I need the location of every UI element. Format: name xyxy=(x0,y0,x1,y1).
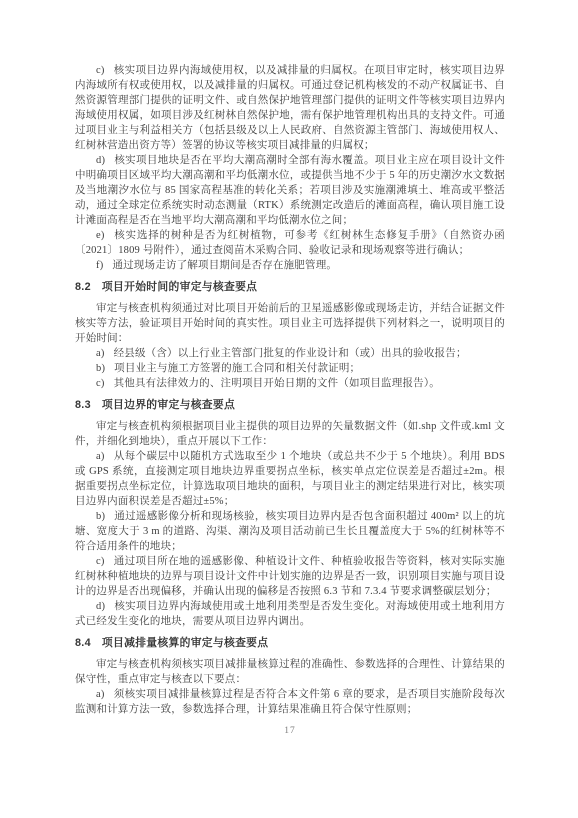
paragraph-text: 审定与核查机构须通过对比项目开始前后的卫星遥感影像或现场走访，并结合证据文件核实… xyxy=(75,303,505,344)
list-item-text: 核实项目边界内海域使用权，以及减排量的归属权。在项目审定时，核实项目边界内海域所… xyxy=(75,65,505,151)
paragraph-text: 审定与核查机构须核实项目减排量核算过程的准确性、参数选择的合理性、计算结果的保守… xyxy=(75,659,505,685)
section-heading-8-3: 8.3项目边界的审定与核查要点 xyxy=(75,398,505,413)
list-item-text: 通过现场走访了解项目期间是否存在施肥管理。 xyxy=(112,260,337,271)
list-item: b)项目业主与施工方签署的施工合同和相关付款证明； xyxy=(75,361,505,376)
list-item-text: 经县级（含）以上行业主管部门批复的作业设计和（或）出具的验收报告； xyxy=(114,348,467,359)
list-marker: f) xyxy=(96,260,103,271)
list-marker: c) xyxy=(96,556,105,567)
list-marker: c) xyxy=(96,65,105,76)
section-number: 8.4 xyxy=(75,637,91,649)
list-item: e)核实选择的树种是否为红树植物，可参考《红树林生态修复手册》（自然资办函〔20… xyxy=(75,228,505,258)
list-item: a)须核实项目减排量核算过程是否符合本文件第 6 章的要求，是否项目实施阶段每次… xyxy=(75,687,505,717)
list-item-text: 核实选择的树种是否为红树植物，可参考《红树林生态修复手册》（自然资办函〔2021… xyxy=(75,230,505,256)
section-title: 项目减排量核算的审定与核查要点 xyxy=(102,637,268,649)
paragraph: 审定与核查机构须根据项目业主提供的项目边界的矢量数据文件（如.shp 文件或.k… xyxy=(75,419,505,449)
list-item-text: 核实项目地块是否在平均大潮高潮时全部有海水覆盖。项目业主应在项目设计文件中明确项… xyxy=(75,155,505,226)
list-item-text: 其他具有法律效力的、注明项目开始日期的文件（如项目监理报告）。 xyxy=(114,378,440,389)
list-marker: b) xyxy=(96,511,105,522)
list-item: c)其他具有法律效力的、注明项目开始日期的文件（如项目监理报告）。 xyxy=(75,376,505,391)
list-item: d)核实项目边界内海域使用或土地利用类型是否发生变化。对海域使用或土地利用方式已… xyxy=(75,599,505,629)
list-marker: d) xyxy=(96,601,105,612)
document-page: c)核实项目边界内海域使用权，以及减排量的归属权。在项目审定时，核实项目边界内海… xyxy=(0,0,578,818)
list-item: b)通过遥感影像分析和现场核验，核实项目边界内是否包含面积超过 400m² 以上… xyxy=(75,509,505,554)
list-marker: a) xyxy=(96,451,105,462)
section-heading-8-2: 8.2项目开始时间的审定与核查要点 xyxy=(75,280,505,295)
list-item: a)从每个碳层中以随机方式选取至少 1 个地块（或总共不少于 5 个地块）。利用… xyxy=(75,449,505,509)
list-item-text: 须核实项目减排量核算过程是否符合本文件第 6 章的要求，是否项目实施阶段每次监测… xyxy=(75,689,505,715)
section-heading-8-4: 8.4项目减排量核算的审定与核查要点 xyxy=(75,636,505,651)
list-item: c)核实项目边界内海域使用权，以及减排量的归属权。在项目审定时，核实项目边界内海… xyxy=(75,63,505,153)
list-item-text: 通过项目所在地的遥感影像、种植设计文件、种植验收报告等资料，核对实际实施红树林种… xyxy=(75,556,505,597)
list-item-text: 通过遥感影像分析和现场核验，核实项目边界内是否包含面积超过 400m² 以上的坑… xyxy=(75,511,505,552)
list-item-text: 核实项目边界内海域使用或土地利用类型是否发生变化。对海域使用或土地利用方式已经发… xyxy=(75,601,505,627)
list-item: c)通过项目所在地的遥感影像、种植设计文件、种植验收报告等资料，核对实际实施红树… xyxy=(75,554,505,599)
list-item: a)经县级（含）以上行业主管部门批复的作业设计和（或）出具的验收报告； xyxy=(75,346,505,361)
list-item-text: 从每个碳层中以随机方式选取至少 1 个地块（或总共不少于 5 个地块）。利用 B… xyxy=(75,451,505,507)
list-item: f)通过现场走访了解项目期间是否存在施肥管理。 xyxy=(75,258,505,273)
list-marker: a) xyxy=(96,348,105,359)
section-title: 项目边界的审定与核查要点 xyxy=(102,399,235,411)
paragraph: 审定与核查机构须核实项目减排量核算过程的准确性、参数选择的合理性、计算结果的保守… xyxy=(75,657,505,687)
list-marker: b) xyxy=(96,363,105,374)
paragraph: 审定与核查机构须通过对比项目开始前后的卫星遥感影像或现场走访，并结合证据文件核实… xyxy=(75,301,505,346)
section-title: 项目开始时间的审定与核查要点 xyxy=(102,281,257,293)
page-number: 17 xyxy=(75,724,505,739)
section-number: 8.2 xyxy=(75,281,91,293)
list-item: d)核实项目地块是否在平均大潮高潮时全部有海水覆盖。项目业主应在项目设计文件中明… xyxy=(75,153,505,228)
paragraph-text: 审定与核查机构须根据项目业主提供的项目边界的矢量数据文件（如.shp 文件或.k… xyxy=(75,421,505,447)
list-item-text: 项目业主与施工方签署的施工合同和相关付款证明； xyxy=(114,363,360,374)
list-marker: c) xyxy=(96,378,105,389)
list-marker: a) xyxy=(96,689,105,700)
section-number: 8.3 xyxy=(75,399,91,411)
list-marker: e) xyxy=(96,230,105,241)
list-marker: d) xyxy=(96,155,105,166)
